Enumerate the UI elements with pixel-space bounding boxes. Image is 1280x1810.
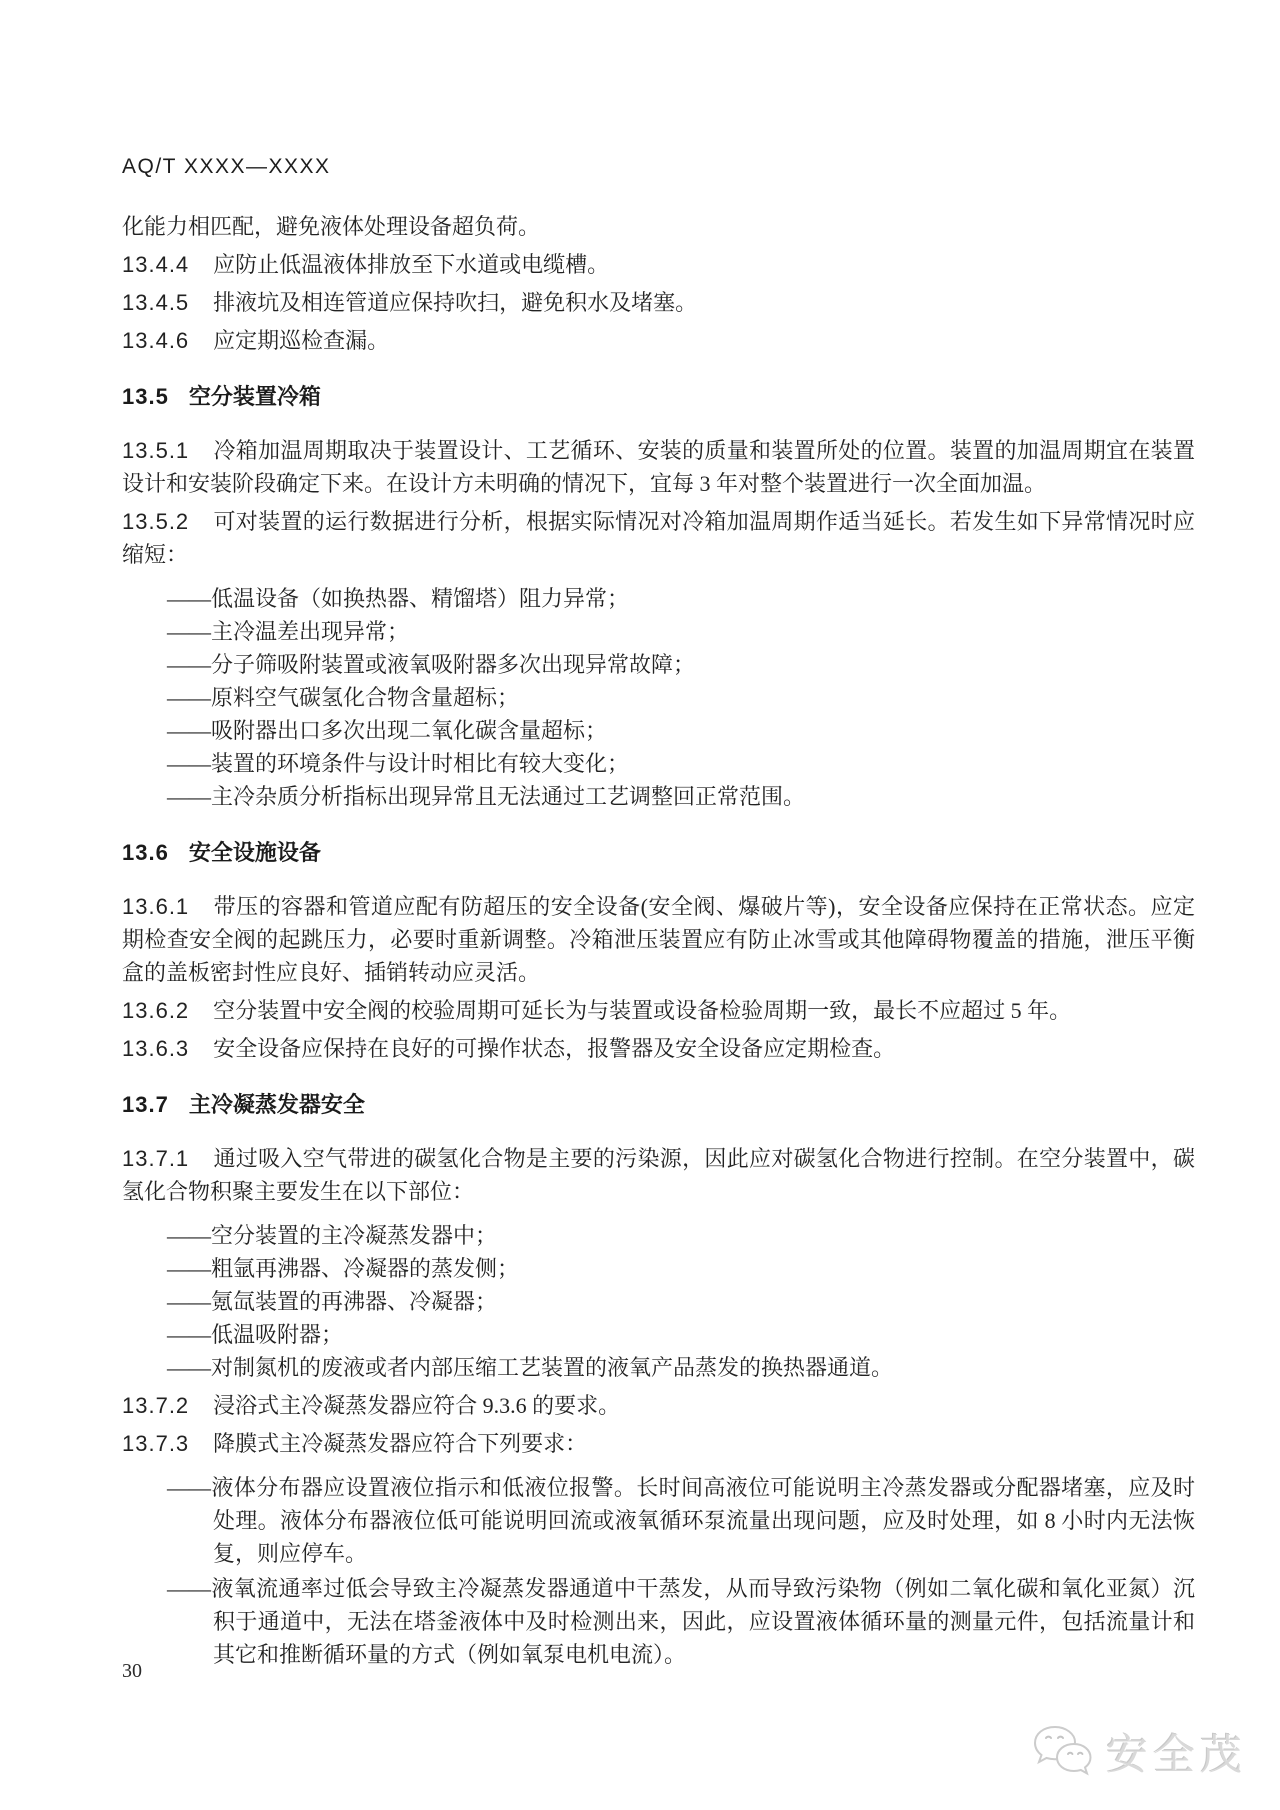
clause-number: 13.6.1: [122, 894, 189, 919]
clause-text: 空分装置中安全阀的校验周期可延长为与装置或设备检验周期一致，最长不应超过 5 年…: [213, 998, 1071, 1023]
clause-number: 13.5.2: [122, 509, 189, 534]
wechat-icon: [1030, 1724, 1094, 1780]
doc-code-header: AQ/T XXXX—XXXX: [122, 150, 1195, 183]
clause-13-4-6: 13.4.6应定期巡检查漏。: [122, 324, 1195, 357]
list-item: ——分子筛吸附装置或液氧吸附器多次出现异常故障；: [122, 648, 1195, 681]
list-item: ——粗氩再沸器、冷凝器的蒸发侧；: [122, 1252, 1195, 1285]
watermark-brand-text: 安全茂: [1106, 1722, 1247, 1782]
heading-title: 安全设施设备: [189, 840, 321, 865]
clause-text: 可对装置的运行数据进行分析，根据实际情况对冷箱加温周期作适当延长。若发生如下异常…: [122, 509, 1195, 567]
clause-text: 带压的容器和管道应配有防超压的安全设备(安全阀、爆破片等)，安全设备应保持在正常…: [122, 894, 1195, 985]
section-heading-13-6: 13.6安全设施设备: [122, 836, 1195, 869]
section-heading-13-5: 13.5空分装置冷箱: [122, 380, 1195, 413]
clause-13-7-1: 13.7.1通过吸入空气带进的碳氢化合物是主要的污染源，因此应对碳氢化合物进行控…: [122, 1142, 1195, 1208]
list-item: ——主冷杂质分析指标出现异常且无法通过工艺调整回正常范围。: [122, 780, 1195, 813]
clause-13-4-4: 13.4.4应防止低温液体排放至下水道或电缆槽。: [122, 248, 1195, 281]
clause-13-6-3: 13.6.3安全设备应保持在良好的可操作状态，报警器及安全设备应定期检查。: [122, 1032, 1195, 1065]
list-item: ——液体分布器应设置液位指示和低液位报警。长时间高液位可能说明主冷蒸发器或分配器…: [122, 1471, 1195, 1570]
heading-title: 空分装置冷箱: [189, 384, 321, 409]
list-item: ——低温吸附器；: [122, 1318, 1195, 1351]
clause-number: 13.4.5: [122, 290, 189, 315]
bullet-list-13-7-3: ——液体分布器应设置液位指示和低液位报警。长时间高液位可能说明主冷蒸发器或分配器…: [122, 1471, 1195, 1671]
clause-text: 应定期巡检查漏。: [213, 328, 389, 353]
heading-title: 主冷凝蒸发器安全: [189, 1092, 365, 1117]
clause-number: 13.7.2: [122, 1393, 189, 1418]
clause-text: 排液坑及相连管道应保持吹扫，避免积水及堵塞。: [213, 290, 697, 315]
list-item: ——空分装置的主冷凝蒸发器中；: [122, 1219, 1195, 1252]
clause-text: 浸浴式主冷凝蒸发器应符合 9.3.6 的要求。: [213, 1393, 620, 1418]
section-heading-13-7: 13.7主冷凝蒸发器安全: [122, 1088, 1195, 1121]
clause-number: 13.4.4: [122, 252, 189, 277]
clause-number: 13.7.3: [122, 1431, 189, 1456]
clause-number: 13.7.1: [122, 1146, 189, 1171]
clause-text: 安全设备应保持在良好的可操作状态，报警器及安全设备应定期检查。: [213, 1036, 895, 1061]
clause-number: 13.4.6: [122, 328, 189, 353]
clause-text: 应防止低温液体排放至下水道或电缆槽。: [213, 252, 609, 277]
list-item: ——对制氮机的废液或者内部压缩工艺装置的液氧产品蒸发的换热器通道。: [122, 1351, 1195, 1384]
clause-13-5-1: 13.5.1冷箱加温周期取决于装置设计、工艺循环、安装的质量和装置所处的位置。装…: [122, 434, 1195, 500]
list-item: ——装置的环境条件与设计时相比有较大变化；: [122, 747, 1195, 780]
clause-13-7-2: 13.7.2浸浴式主冷凝蒸发器应符合 9.3.6 的要求。: [122, 1389, 1195, 1422]
clause-text: 通过吸入空气带进的碳氢化合物是主要的污染源，因此应对碳氢化合物进行控制。在空分装…: [122, 1146, 1195, 1204]
carryover-paragraph: 化能力相匹配，避免液体处理设备超负荷。: [122, 210, 1195, 243]
clause-number: 13.5.1: [122, 438, 189, 463]
clause-number: 13.6.2: [122, 998, 189, 1023]
document-page: AQ/T XXXX—XXXX 化能力相匹配，避免液体处理设备超负荷。 13.4.…: [122, 150, 1195, 1676]
clause-13-6-2: 13.6.2空分装置中安全阀的校验周期可延长为与装置或设备检验周期一致，最长不应…: [122, 994, 1195, 1027]
clause-13-6-1: 13.6.1带压的容器和管道应配有防超压的安全设备(安全阀、爆破片等)，安全设备…: [122, 890, 1195, 989]
clause-text: 冷箱加温周期取决于装置设计、工艺循环、安装的质量和装置所处的位置。装置的加温周期…: [122, 438, 1195, 496]
clause-13-7-3: 13.7.3降膜式主冷凝蒸发器应符合下列要求：: [122, 1427, 1195, 1460]
list-item: ——吸附器出口多次出现二氧化碳含量超标；: [122, 714, 1195, 747]
clause-13-5-2: 13.5.2可对装置的运行数据进行分析，根据实际情况对冷箱加温周期作适当延长。若…: [122, 505, 1195, 571]
bullet-list-13-7-1: ——空分装置的主冷凝蒸发器中； ——粗氩再沸器、冷凝器的蒸发侧； ——氪氙装置的…: [122, 1219, 1195, 1384]
list-item: ——原料空气碳氢化合物含量超标；: [122, 681, 1195, 714]
list-item: ——低温设备（如换热器、精馏塔）阻力异常；: [122, 582, 1195, 615]
list-item: ——主冷温差出现异常；: [122, 615, 1195, 648]
heading-number: 13.6: [122, 840, 169, 865]
clause-number: 13.6.3: [122, 1036, 189, 1061]
heading-number: 13.5: [122, 384, 169, 409]
list-item: ——氪氙装置的再沸器、冷凝器；: [122, 1285, 1195, 1318]
list-item: ——液氧流通率过低会导致主冷凝蒸发器通道中干蒸发，从而导致污染物（例如二氧化碳和…: [122, 1572, 1195, 1671]
watermark: 安全茂: [1030, 1722, 1247, 1782]
clause-13-4-5: 13.4.5排液坑及相连管道应保持吹扫，避免积水及堵塞。: [122, 286, 1195, 319]
page-number: 30: [122, 1660, 142, 1683]
clause-text: 降膜式主冷凝蒸发器应符合下列要求：: [213, 1431, 587, 1456]
bullet-list-13-5-2: ——低温设备（如换热器、精馏塔）阻力异常； ——主冷温差出现异常； ——分子筛吸…: [122, 582, 1195, 813]
heading-number: 13.7: [122, 1092, 169, 1117]
